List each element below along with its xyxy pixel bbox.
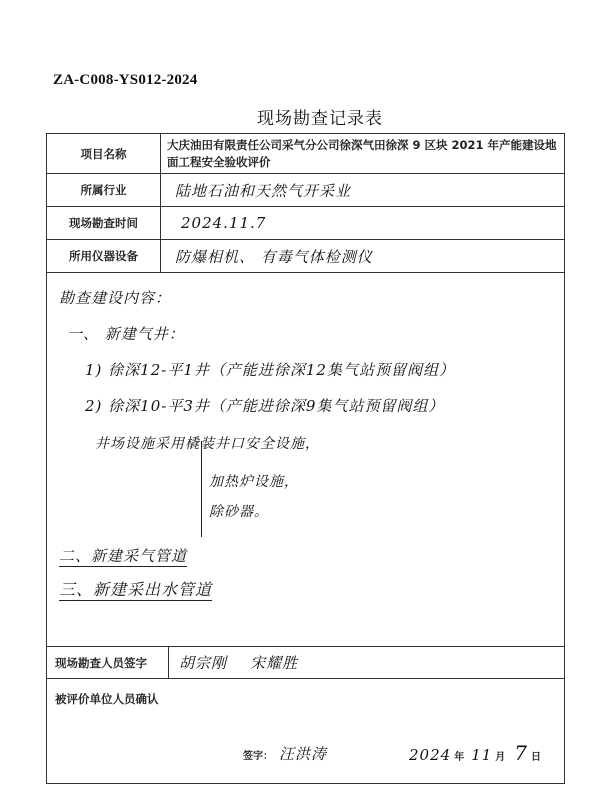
month-unit: 月: [495, 748, 505, 763]
brace-connector: [201, 441, 202, 537]
confirmation-signature: 汪洪涛: [279, 743, 327, 764]
equipment-label: 所用仪器设备: [47, 240, 161, 272]
confirmation-date: 2024 年 11 月 7 日: [409, 741, 541, 765]
content-line-3: 2) 徐深10-平3井（产能进徐深9集气站预留阀组）: [85, 395, 444, 416]
survey-record-table: 项目名称 大庆油田有限责任公司采气分公司徐深气田徐深 9 区块 2021 年产能…: [46, 133, 565, 784]
day-unit: 日: [531, 748, 541, 763]
content-line-2: 1) 徐深12-平1井（产能进徐深12集气站预留阀组）: [85, 359, 455, 380]
date-day: 7: [514, 741, 528, 765]
industry-label: 所属行业: [47, 174, 161, 206]
survey-time-handwritten-value: 2024.11.7: [181, 214, 266, 232]
content-heading: 勘查建设内容：: [59, 287, 171, 308]
confirmation-label: 被评价单位人员确认: [55, 691, 159, 707]
signature-field-label: 签字：: [243, 747, 273, 762]
date-month: 11: [471, 746, 492, 764]
survey-content-area: 勘查建设内容： 一、 新建气井： 1) 徐深12-平1井（产能进徐深12集气站预…: [47, 273, 564, 646]
row-equipment: 所用仪器设备 防爆相机、 有毒气体检测仪: [47, 240, 564, 273]
row-survey-content: 勘查建设内容： 一、 新建气井： 1) 徐深12-平1井（产能进徐深12集气站预…: [47, 273, 564, 647]
row-project-name: 项目名称 大庆油田有限责任公司采气分公司徐深气田徐深 9 区块 2021 年产能…: [47, 134, 564, 174]
survey-time-value-cell: 2024.11.7: [161, 207, 564, 239]
content-line-4: 井场设施采用橇装井口安全设施，: [95, 433, 320, 453]
row-confirmation: 被评价单位人员确认 签字： 汪洪涛 2024 年 11 月 7 日: [47, 679, 564, 783]
content-line-6: 除砂器。: [209, 501, 269, 521]
row-surveyor-signature: 现场勘查人员签字 胡宗刚 宋耀胜: [47, 647, 564, 679]
survey-time-label: 现场勘查时间: [47, 207, 161, 239]
row-survey-time: 现场勘查时间 2024.11.7: [47, 207, 564, 240]
content-line-1: 一、 新建气井：: [67, 323, 185, 344]
row-industry: 所属行业 陆地石油和天然气开采业: [47, 174, 564, 207]
surveyor-signature-label: 现场勘查人员签字: [47, 647, 169, 678]
surveyor-signature-cell: 胡宗刚 宋耀胜: [169, 647, 564, 678]
content-line-7: 二、新建采气管道: [59, 545, 187, 567]
content-line-8: 三、新建采出水管道: [59, 577, 212, 601]
content-line-5: 加热炉设施，: [209, 471, 299, 491]
document-code: ZA-C008-YS012-2024: [53, 72, 197, 89]
document-title: 现场勘查记录表: [0, 104, 600, 129]
confirmation-signature-group: 签字： 汪洪涛: [243, 743, 327, 764]
equipment-value-cell: 防爆相机、 有毒气体检测仪: [161, 240, 564, 272]
year-unit: 年: [454, 748, 464, 763]
project-name-value: 大庆油田有限责任公司采气分公司徐深气田徐深 9 区块 2021 年产能建设地面工…: [161, 134, 564, 173]
surveyor-signatures: 胡宗刚 宋耀胜: [179, 652, 298, 673]
equipment-handwritten-value: 防爆相机、 有毒气体检测仪: [175, 246, 373, 267]
industry-handwritten-value: 陆地石油和天然气开采业: [175, 180, 351, 201]
date-year: 2024: [409, 746, 451, 764]
project-name-label: 项目名称: [47, 134, 161, 173]
industry-value-cell: 陆地石油和天然气开采业: [161, 174, 564, 206]
